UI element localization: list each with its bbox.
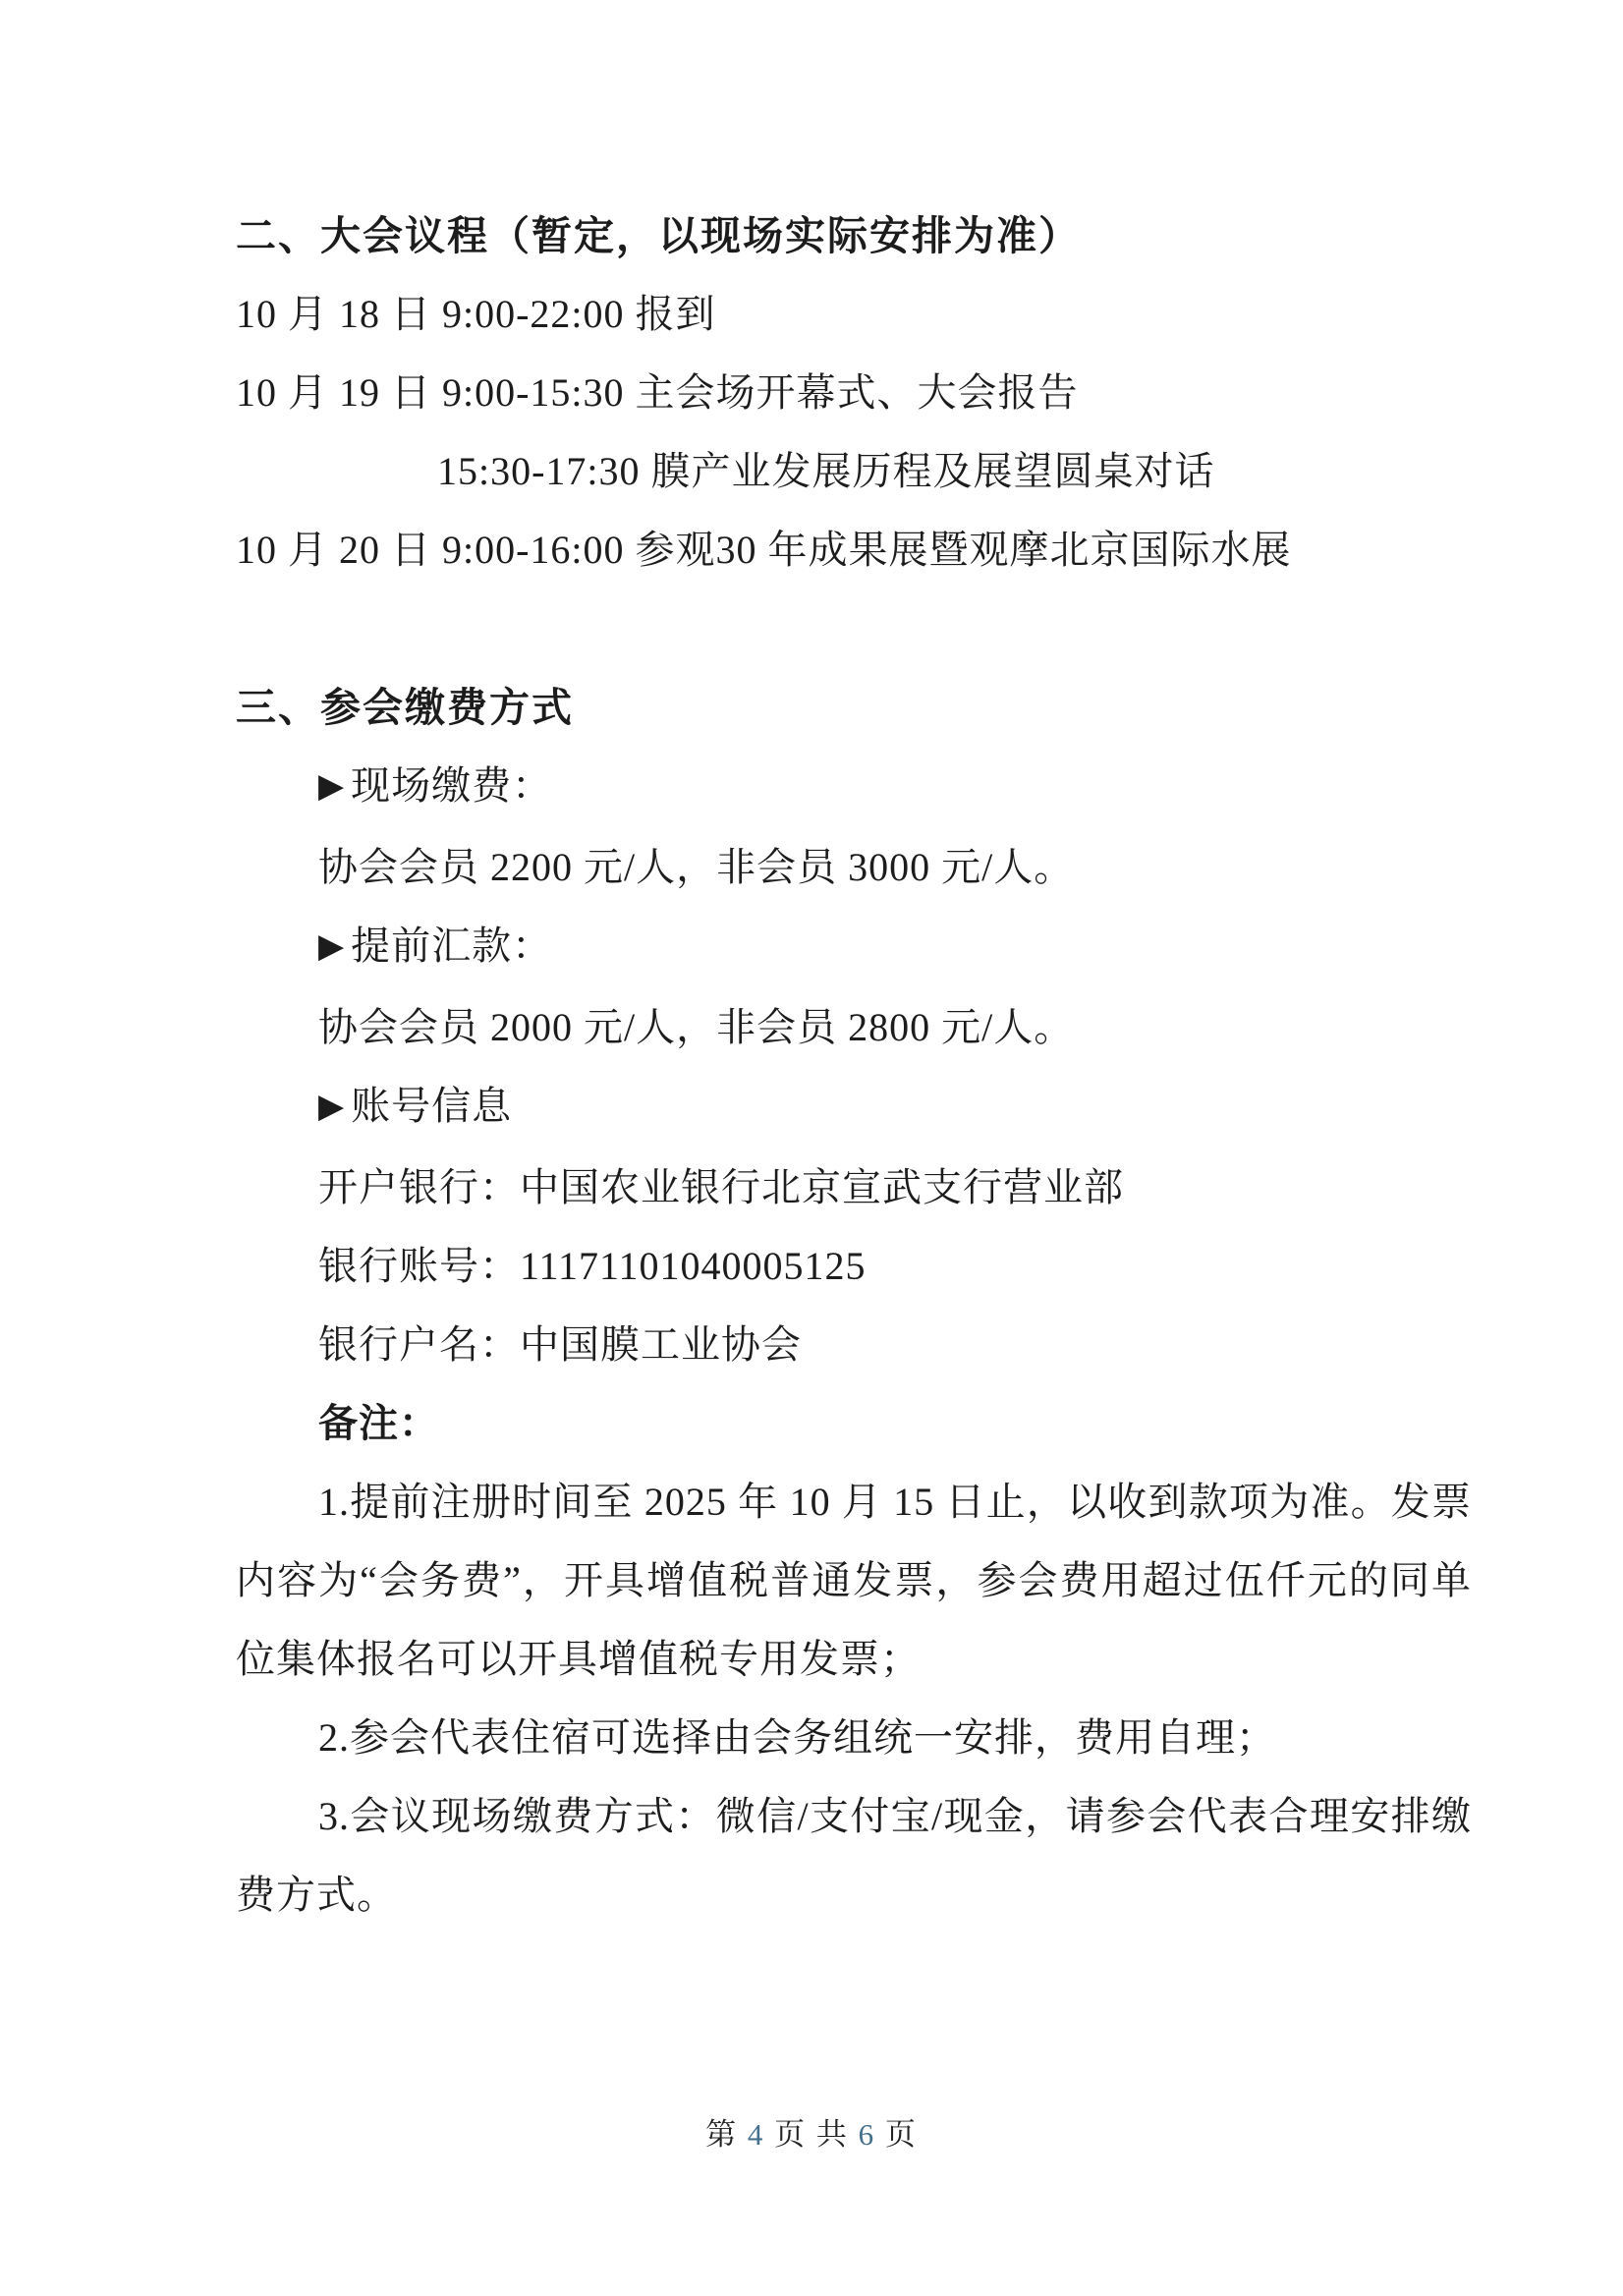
agenda-item-day3: 10 月 20 日 9:00-16:00 参观30 年成果展暨观摩北京国际水展 — [236, 511, 1472, 589]
triangle-bullet-icon: ▶ — [318, 748, 345, 826]
page-footer: 第 4 页 共 6 页 — [0, 2110, 1623, 2159]
remark-item-1: 1.提前注册时间至 2025 年 10 月 15 日止，以收到款项为准。发票内容… — [236, 1463, 1472, 1699]
advance-payment-line: ▶提前汇款： — [236, 907, 1472, 988]
footer-label-middle: 页 共 — [774, 2117, 849, 2152]
advance-payment-label: 提前汇款： — [351, 924, 552, 968]
bank-holder-label: 银行户名： — [318, 1322, 520, 1367]
agenda-item-day1: 10 月 18 日 9:00-22:00 报到 — [236, 275, 1472, 354]
account-info-label: 账号信息 — [351, 1084, 512, 1128]
bank-account-number: 11171101040005125 — [520, 1244, 867, 1288]
bank-account-label: 银行账号： — [318, 1244, 520, 1288]
footer-label-prefix: 第 — [705, 2117, 738, 2152]
advance-payment-detail: 协会会员 2000 元/人，非会员 2800 元/人。 — [236, 988, 1472, 1067]
bank-name-label: 开户银行： — [318, 1165, 520, 1209]
triangle-bullet-icon: ▶ — [318, 908, 345, 986]
onsite-payment-label: 现场缴费： — [351, 763, 552, 808]
document-page: 二、大会议程（暂定，以现场实际安排为准） 10 月 18 日 9:00-22:0… — [0, 0, 1623, 2296]
bank-holder-line: 银行户名：中国膜工业协会 — [236, 1306, 1472, 1384]
agenda-section-heading: 二、大会议程（暂定，以现场实际安排为准） — [236, 196, 1472, 275]
bank-holder-value: 中国膜工业协会 — [520, 1322, 802, 1367]
agenda-item-day2-afternoon: 15:30-17:30 膜产业发展历程及展望圆桌对话 — [236, 432, 1472, 511]
section-gap — [236, 589, 1472, 668]
remarks-heading: 备注： — [236, 1384, 1472, 1463]
agenda-item-day2-morning: 10 月 19 日 9:00-15:30 主会场开幕式、大会报告 — [236, 354, 1472, 432]
bank-name-value: 中国农业银行北京宣武支行营业部 — [520, 1165, 1124, 1209]
total-page-number: 6 — [859, 2117, 876, 2152]
page-content: 二、大会议程（暂定，以现场实际安排为准） 10 月 18 日 9:00-22:0… — [236, 196, 1472, 1934]
bank-account-line: 银行账号：11171101040005125 — [236, 1227, 1472, 1306]
payment-section-heading: 三、参会缴费方式 — [236, 668, 1472, 747]
onsite-payment-line: ▶现场缴费： — [236, 747, 1472, 828]
remark-item-3: 3.会议现场缴费方式：微信/支付宝/现金，请参会代表合理安排缴费方式。 — [236, 1777, 1472, 1934]
onsite-payment-detail: 协会会员 2200 元/人，非会员 3000 元/人。 — [236, 828, 1472, 907]
remark-item-2: 2.参会代表住宿可选择由会务组统一安排，费用自理； — [236, 1699, 1472, 1777]
bank-name-line: 开户银行：中国农业银行北京宣武支行营业部 — [236, 1148, 1472, 1227]
footer-label-suffix: 页 — [885, 2117, 918, 2152]
account-info-line: ▶账号信息 — [236, 1067, 1472, 1148]
current-page-number: 4 — [748, 2117, 765, 2152]
triangle-bullet-icon: ▶ — [318, 1068, 345, 1147]
